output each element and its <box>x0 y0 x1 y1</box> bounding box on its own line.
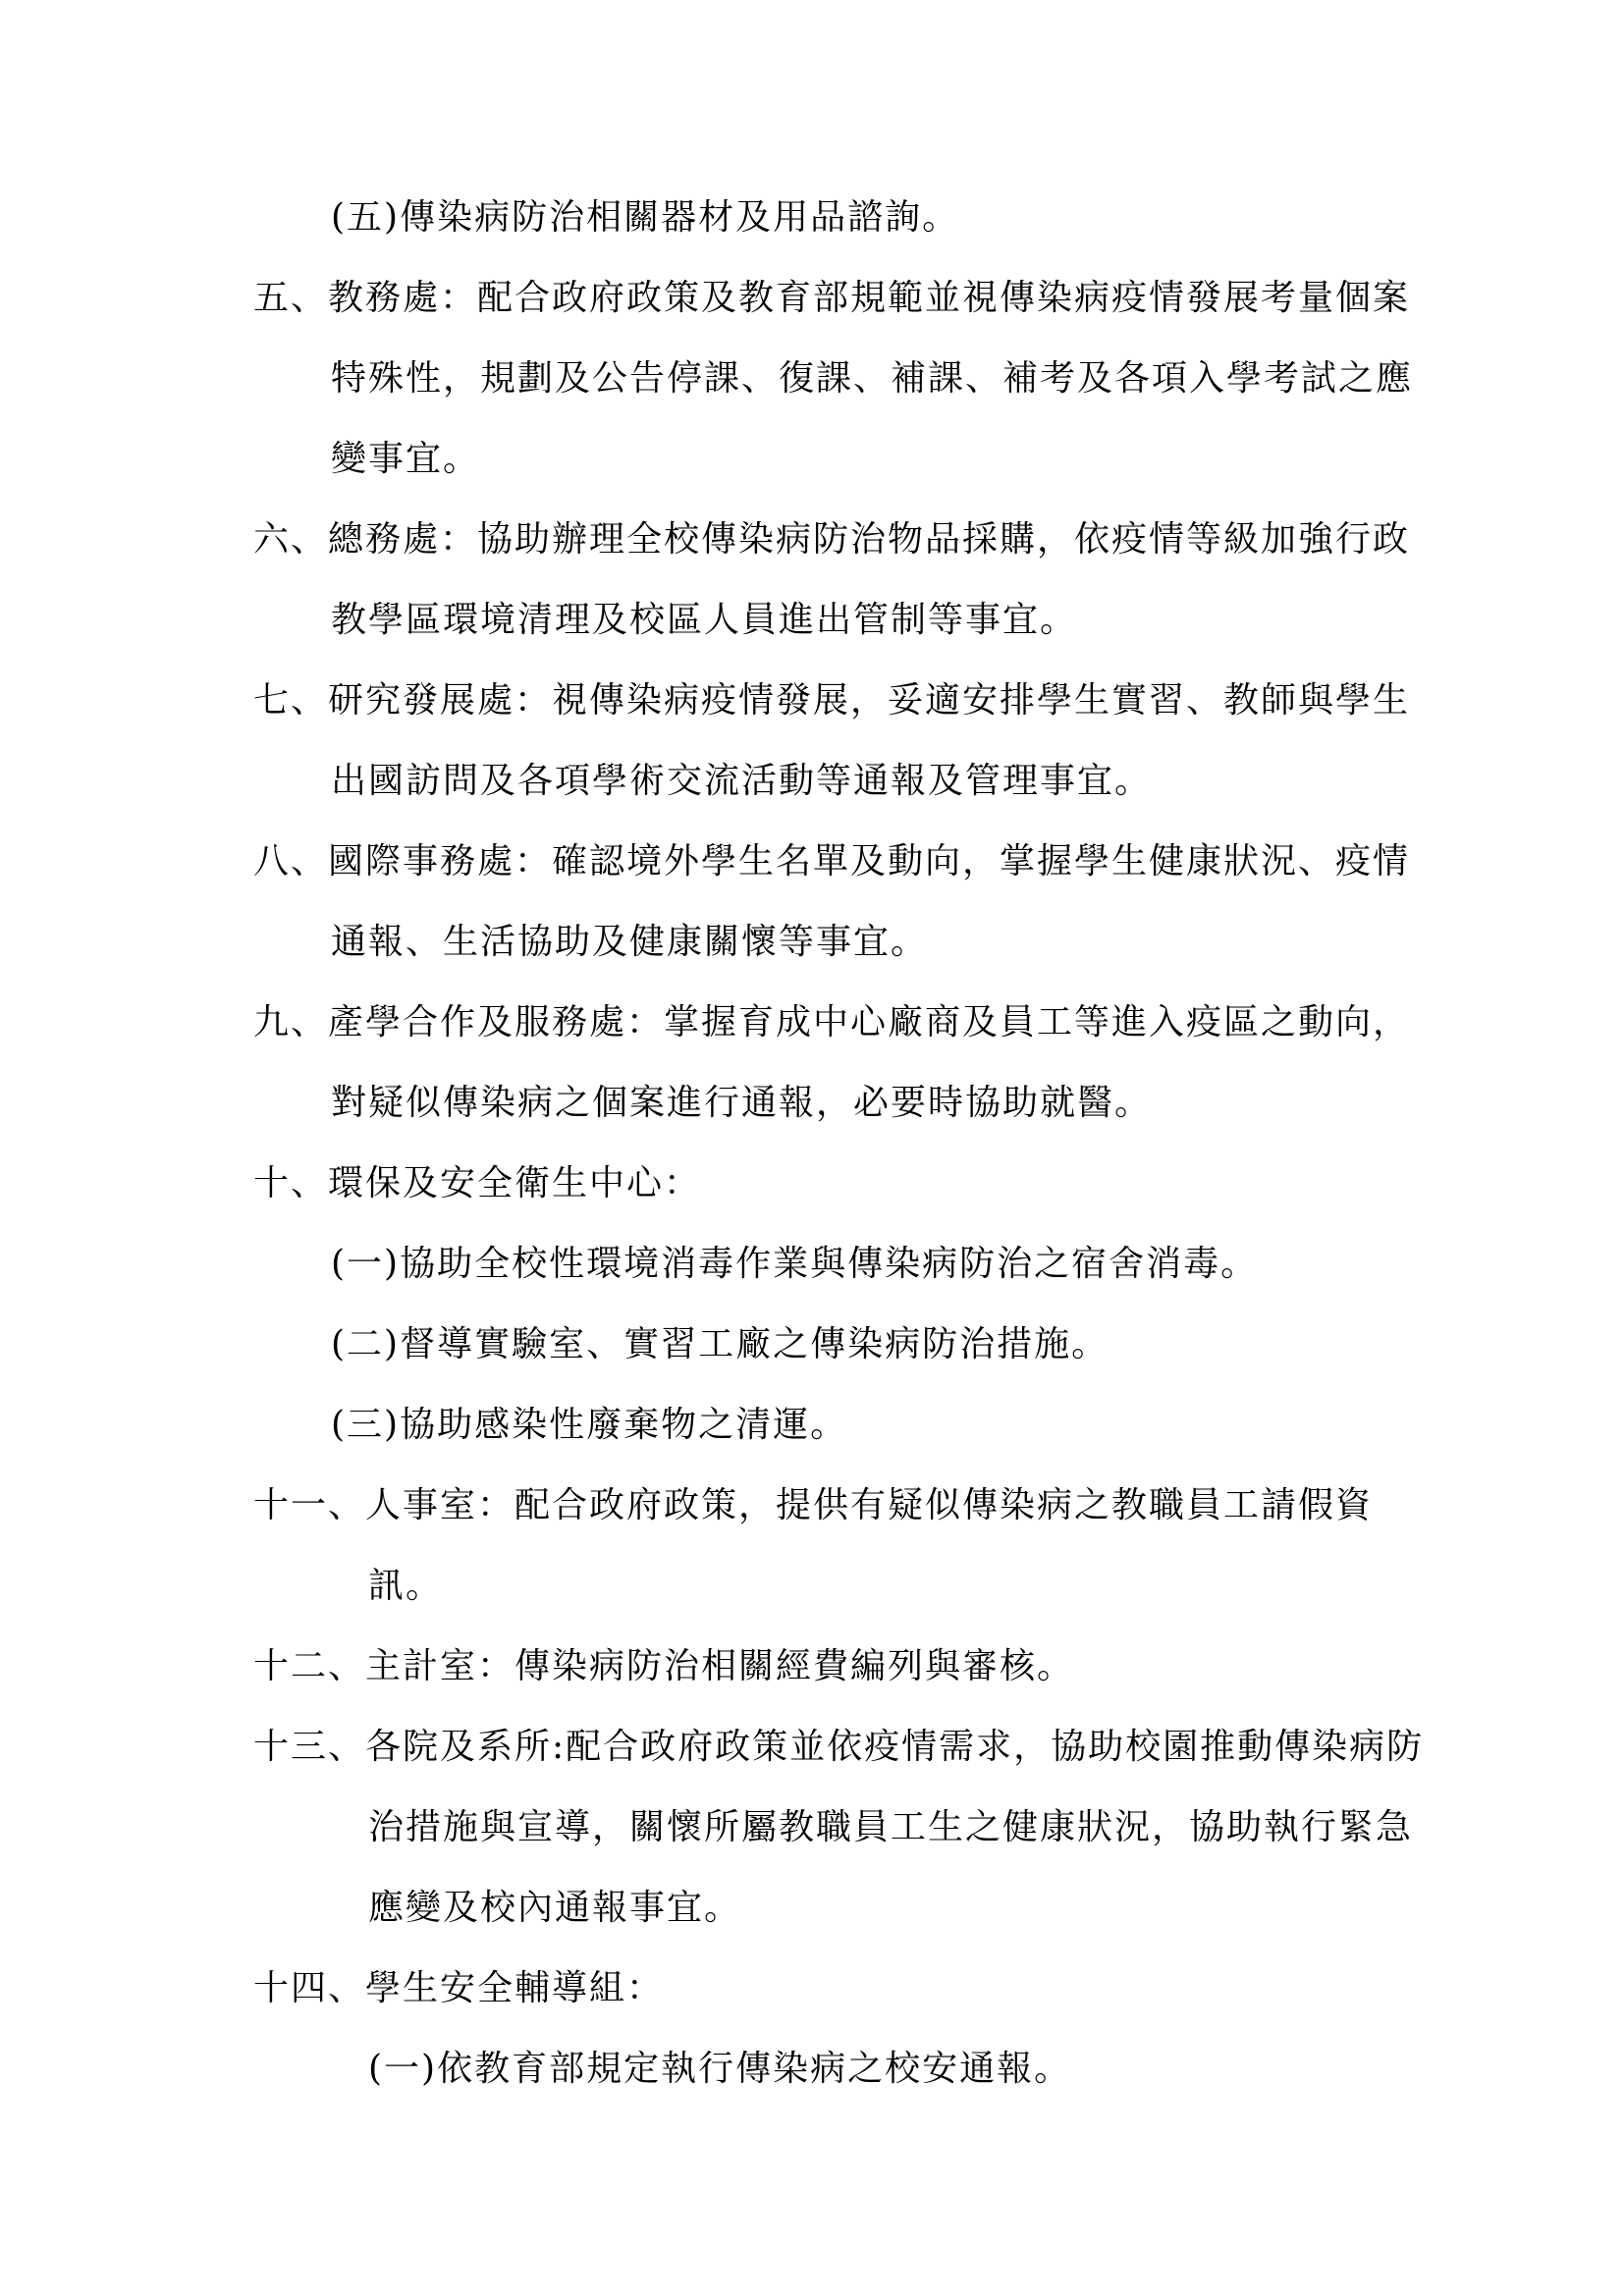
item-13-continuation-1: 治措施與宣導，關懷所屬教職員工生之健康狀況，協助執行緊急 <box>368 1806 1413 1849</box>
item-13-continuation-2: 應變及校內通報事宜。 <box>368 1887 741 1930</box>
item-5-continuation-2: 變事宜。 <box>331 438 480 481</box>
item-6-continuation: 教學區環境清理及校區人員進出管制等事宜。 <box>331 599 1077 642</box>
item-7-research-development: 七、研究發展處：視傳染病疫情發展，妥適安排學生實習、教師與學生 <box>253 679 1410 722</box>
item-8-continuation: 通報、生活協助及健康關懷等事宜。 <box>331 921 928 964</box>
item-9-continuation: 對疑似傳染病之個案進行通報，必要時協助就醫。 <box>331 1082 1152 1125</box>
item-13-colleges-departments: 十三、各院及系所:配合政府政策並依疫情需求，協助校園推動傳染病防 <box>253 1726 1424 1769</box>
document-page: (五)傳染病防治相關器材及用品諮詢。 五、教務處：配合政府政策及教育部規範並視傳… <box>0 0 1624 2296</box>
item-11-continuation: 訊。 <box>368 1565 443 1608</box>
item-10-sub-2: (二)督導實驗室、實習工廠之傳染病防治措施。 <box>331 1323 1109 1366</box>
item-6-general-affairs: 六、總務處：協助辦理全校傳染病防治物品採購，依疫情等級加強行政 <box>253 518 1410 561</box>
item-14-student-safety-group: 十四、學生安全輔導組： <box>253 1967 664 2010</box>
item-10-sub-3: (三)協助感染性廢棄物之清運。 <box>331 1404 847 1447</box>
item-5-academic-affairs: 五、教務處：配合政府政策及教育部規範並視傳染病疫情發展考量個案 <box>253 277 1410 320</box>
item-7-continuation: 出國訪問及各項學術交流活動等通報及管理事宜。 <box>331 760 1152 803</box>
item-12-accounting-office: 十二、主計室：傳染病防治相關經費編列與審核。 <box>253 1645 1074 1688</box>
item-14-sub-1: (一)依教育部規定執行傳染病之校安通報。 <box>368 2048 1071 2091</box>
item-10-sub-1: (一)協助全校性環境消毒作業與傳染病防治之宿舍消毒。 <box>331 1243 1258 1286</box>
item-9-industry-cooperation: 九、產學合作及服務處：掌握育成中心廠商及員工等進入疫區之動向， <box>253 1001 1410 1044</box>
item-8-international-affairs: 八、國際事務處：確認境外學生名單及動向，掌握學生健康狀況、疫情 <box>253 840 1410 883</box>
item-11-personnel-office: 十一、人事室：配合政府政策，提供有疑似傳染病之教職員工請假資 <box>253 1484 1373 1527</box>
item-5-continuation-1: 特殊性，規劃及公告停課、復課、補課、補考及各項入學考試之應 <box>331 357 1413 400</box>
item-10-environment-safety-center: 十、環保及安全衛生中心： <box>253 1162 701 1205</box>
sub-item-5-equipment-consultation: (五)傳染病防治相關器材及用品諮詢。 <box>331 196 959 240</box>
